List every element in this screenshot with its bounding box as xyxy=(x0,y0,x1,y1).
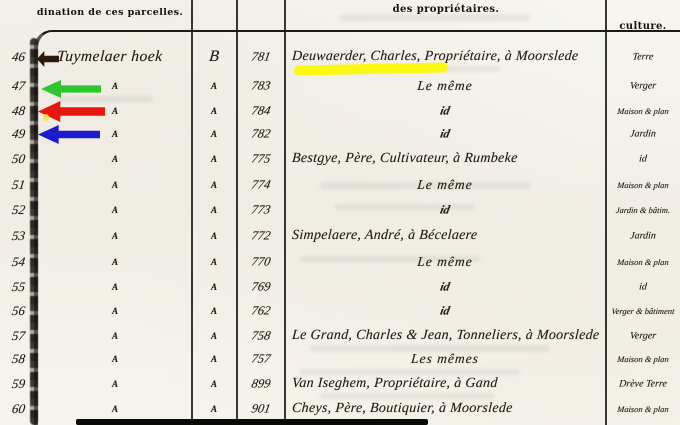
culture-cell: id xyxy=(607,154,680,165)
row-number: 51 xyxy=(4,177,33,193)
section-cell: A xyxy=(192,331,236,341)
place-cell: A xyxy=(40,180,190,190)
row-number: 59 xyxy=(4,376,33,392)
owner-cell: Simpelaere, André, à Bécelaere xyxy=(285,228,610,244)
row-number: 46 xyxy=(4,49,33,65)
culture-cell: Maison & plan xyxy=(607,257,680,267)
row-number: 57 xyxy=(4,328,33,344)
blue-arrow-annotation xyxy=(38,125,100,144)
section-cell: A xyxy=(192,379,236,389)
culture-cell: Jardin xyxy=(607,231,680,242)
place-cell: A xyxy=(40,231,190,241)
culture-cell: Verger & bâtiment xyxy=(607,306,680,316)
table-row: 47 A A 783 Le même Verger xyxy=(0,73,680,99)
culture-cell: Terre xyxy=(607,52,680,63)
culture-cell: Verger xyxy=(607,81,680,92)
section-cell: A xyxy=(192,106,236,116)
owner-cell: Deuwaerder, Charles, Propriétaire, à Moo… xyxy=(285,49,610,65)
section-cell: A xyxy=(192,257,236,267)
table-row: 56 A A 762 id Verger & bâtiment xyxy=(0,298,680,324)
row-number: 58 xyxy=(4,351,33,367)
owner-cell: Van Iseghem, Propriétaire, à Gand xyxy=(285,376,610,392)
row-number: 56 xyxy=(4,303,33,319)
table-row: 53 A A 772 Simpelaere, André, à Bécelaer… xyxy=(0,223,680,249)
row-number: 48 xyxy=(4,103,33,119)
section-cell: B xyxy=(191,48,237,66)
section-cell: A xyxy=(192,231,236,241)
culture-cell: Jardin & bâtim. xyxy=(607,205,680,215)
row-number: 50 xyxy=(4,151,33,167)
owner-cell: id xyxy=(284,280,605,295)
row-number: 53 xyxy=(4,228,33,244)
place-cell: A xyxy=(40,257,190,267)
parcel-cell: 772 xyxy=(237,229,286,244)
scan-artifact-bar xyxy=(76,419,428,425)
culture-cell: id xyxy=(607,282,680,293)
yellow-fleck xyxy=(43,114,49,121)
table-row: 54 A A 770 Le même Maison & plan xyxy=(0,249,680,275)
table-row: 59 A A 899 Van Iseghem, Propriétaire, à … xyxy=(0,371,680,397)
table-row: 58 A A 757 Les mêmes Maison & plan xyxy=(0,346,680,372)
place-cell: A xyxy=(40,306,190,316)
section-cell: A xyxy=(192,180,236,190)
place-cell: Tuymelaer hoek xyxy=(39,48,207,66)
table-row: 52 A A 773 id Jardin & bâtim. xyxy=(0,197,680,223)
culture-cell: Verger xyxy=(607,331,680,342)
owner-cell: Le même xyxy=(285,78,604,94)
owner-cell: Bestgye, Père, Cultivateur, à Rumbeke xyxy=(285,151,610,167)
owner-cell: id xyxy=(284,127,605,142)
place-cell: A xyxy=(40,205,190,215)
section-cell: A xyxy=(192,306,236,316)
parcel-cell: 775 xyxy=(237,152,286,167)
section-cell: A xyxy=(192,282,236,292)
parcel-cell: 901 xyxy=(237,402,286,417)
parcel-cell: 781 xyxy=(237,50,286,65)
owner-cell: id xyxy=(284,304,605,319)
culture-cell: Maison & plan xyxy=(607,106,680,116)
owner-cell: Le même xyxy=(285,254,604,270)
place-cell: A xyxy=(40,404,190,414)
culture-cell: Jardin xyxy=(607,129,680,140)
column-header-culture: culture. xyxy=(607,21,679,32)
row-number: 54 xyxy=(4,254,33,270)
row-number: 49 xyxy=(4,126,33,142)
section-cell: A xyxy=(192,81,236,91)
bleedthrough-smudge xyxy=(340,14,530,21)
row-number: 60 xyxy=(4,401,33,417)
parcel-cell: 758 xyxy=(237,329,286,344)
parcel-cell: 899 xyxy=(237,377,286,392)
cadastre-register-scan: dination de ces parcelles. des propriéta… xyxy=(0,0,680,425)
owner-cell: Cheys, Père, Boutiquier, à Moorslede xyxy=(285,401,610,417)
table-row: 49 A A 782 id Jardin xyxy=(0,121,680,147)
culture-cell: Drève Terre xyxy=(607,379,680,390)
parcel-cell: 783 xyxy=(237,79,286,94)
place-cell: A xyxy=(40,379,190,389)
owner-cell: id xyxy=(284,104,605,119)
parcel-cell: 769 xyxy=(237,280,286,295)
parcel-cell: 757 xyxy=(237,352,286,367)
parcel-cell: 782 xyxy=(237,127,286,142)
parcel-cell: 773 xyxy=(237,203,286,218)
place-cell: A xyxy=(40,282,190,292)
culture-cell: Maison & plan xyxy=(607,354,680,364)
table-row: 55 A A 769 id id xyxy=(0,274,680,300)
place-cell: A xyxy=(40,354,190,364)
black-arrow-annotation xyxy=(37,51,59,67)
owner-cell: Le même xyxy=(285,177,604,193)
parcel-cell: 774 xyxy=(237,178,286,193)
parcel-cell: 762 xyxy=(237,304,286,319)
section-cell: A xyxy=(192,354,236,364)
column-header-situation: dination de ces parcelles. xyxy=(30,7,190,18)
section-cell: A xyxy=(192,129,236,139)
section-cell: A xyxy=(192,154,236,164)
section-cell: A xyxy=(192,205,236,215)
owner-cell: Les mêmes xyxy=(285,351,604,367)
green-arrow-annotation xyxy=(41,80,101,98)
section-cell: A xyxy=(192,404,236,414)
culture-cell: Maison & plan xyxy=(607,180,680,190)
place-cell: A xyxy=(40,331,190,341)
culture-cell: Maison & plan xyxy=(607,404,680,414)
parcel-cell: 770 xyxy=(237,255,286,270)
row-number: 47 xyxy=(4,78,33,94)
place-cell: A xyxy=(40,154,190,164)
owner-cell: Le Grand, Charles & Jean, Tonneliers, à … xyxy=(285,328,610,344)
parcel-cell: 784 xyxy=(237,104,286,119)
row-number: 55 xyxy=(4,279,33,295)
owner-cell: id xyxy=(284,203,605,218)
table-row: 50 A A 775 Bestgye, Père, Cultivateur, à… xyxy=(0,146,680,172)
row-number: 52 xyxy=(4,202,33,218)
table-row: 51 A A 774 Le même Maison & plan xyxy=(0,172,680,198)
